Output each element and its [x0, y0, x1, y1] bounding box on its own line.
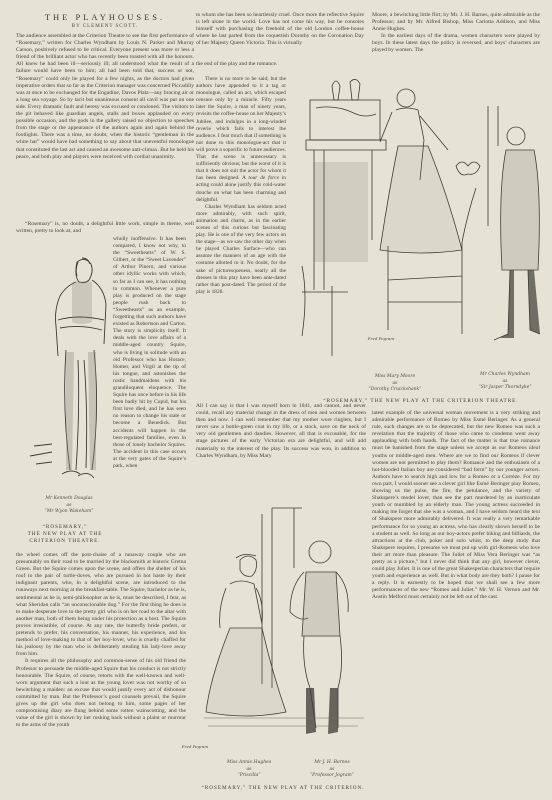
- column1-para2-full: “Rosemary” is, no doubt, a delightful li…: [16, 221, 194, 236]
- illustration-maid-professor: [196, 488, 372, 744]
- standing-gentleman-drawing: [22, 250, 114, 482]
- paragraph-text: There is no more to be said; but the aut…: [196, 76, 286, 181]
- paragraph: Moore, a bewitching little flirt; by Mr.…: [372, 12, 540, 33]
- caption-text: CRITERION THEATRE.: [16, 538, 114, 545]
- paragraph: The audience assembled at the Criterion …: [16, 33, 194, 161]
- caption-text: THE NEW PLAY AT THE: [16, 531, 114, 538]
- column1-para2-narrow: wholly inoffensive. It has been compared…: [113, 236, 186, 554]
- paragraph: the end of the play and the romance.: [196, 61, 286, 68]
- label-text: “Sir Jasper Thorndyke”: [460, 385, 550, 392]
- column2-top: to whom she has been so heartlessly crue…: [196, 12, 364, 64]
- label-mary-moore: Miss Mary Moore as “Dorothy Cruickshank”: [350, 374, 440, 394]
- signature-text: “Mr Wyon Wakeham”: [34, 509, 104, 516]
- italic-phrase: tour de force: [248, 175, 279, 181]
- paragraph: the wheel comes off the post-chaise of a…: [16, 552, 186, 658]
- article-byline: BY CLEMENT SCOTT.: [16, 24, 194, 29]
- artist-signature-bottom: Fred Pegram: [180, 744, 210, 751]
- label-text: “Dorothy Cruickshank”: [350, 387, 440, 394]
- caption-left: “ROSEMARY,” THE NEW PLAY AT THE CRITERIO…: [16, 524, 114, 546]
- label-jh-barnes: Mr J. H. Barnes as “Professor Jogram”: [296, 760, 368, 780]
- piano-scene-drawing: [292, 66, 548, 372]
- paragraph-text: youths or middle-aged men. Where are we …: [372, 453, 540, 601]
- caption-top-right: “ROSEMARY,” THE NEW PLAY AT THE CRITERIO…: [296, 398, 546, 405]
- column1-lower: the wheel comes off the post-chaise of a…: [16, 552, 186, 800]
- signature-left: Mr Kenneth Douglas as “Mr Wyon Wakeham”: [34, 496, 104, 516]
- maid-professor-drawing: [196, 488, 372, 744]
- illustration-kenneth-douglas: [22, 250, 114, 482]
- paragraph: All I can say is that I was myself born …: [196, 403, 366, 460]
- label-text: “Professor Jogram”: [296, 773, 368, 780]
- column2-top-narrow: the end of the play and the romance.: [196, 61, 286, 75]
- caption-text: “ROSEMARY,”: [16, 524, 114, 531]
- column3-lower: latest example of the universal woman mo…: [372, 410, 540, 695]
- illustration-piano-scene: [292, 66, 548, 372]
- column3-top: Moore, a bewitching little flirt; by Mr.…: [372, 12, 540, 62]
- column2-full: All I can say is that I was myself born …: [196, 403, 366, 485]
- column1-intro: The audience assembled at the Criterion …: [16, 33, 194, 219]
- article-title: THE PLAYHOUSES.: [16, 12, 194, 22]
- paragraph: It requires all the philosophy and commo…: [16, 658, 186, 729]
- label-annie-hughes: Miss Annie Hughes as “Priscilla”: [214, 760, 284, 780]
- italic-phrase: ideal: [529, 445, 540, 451]
- label-charles-wyndham: Mr Charles Wyndham as “Sir Jasper Thornd…: [460, 372, 550, 392]
- caption-bottom: “ROSEMARY,” THE NEW PLAY AT THE CRITERIO…: [200, 785, 366, 792]
- paragraph: wholly inoffensive. It has been compared…: [113, 236, 186, 470]
- paragraph: Charles Wyndham has seldom acted more ad…: [196, 204, 286, 296]
- label-text: “Priscilla”: [214, 773, 284, 780]
- paragraph: In the earliest days of the drama, women…: [372, 33, 540, 54]
- paragraph: to whom she has been so heartlessly crue…: [196, 12, 364, 47]
- paragraph: “Rosemary” is, no doubt, a delightful li…: [16, 221, 194, 235]
- newspaper-page: THE PLAYHOUSES. BY CLEMENT SCOTT. The au…: [0, 0, 552, 800]
- column2-narrow: There is no more to be said; but the aut…: [196, 76, 286, 401]
- artist-signature-top: Fred Pegram: [366, 336, 396, 343]
- paragraph-text: latest example of the universal woman mo…: [372, 410, 540, 451]
